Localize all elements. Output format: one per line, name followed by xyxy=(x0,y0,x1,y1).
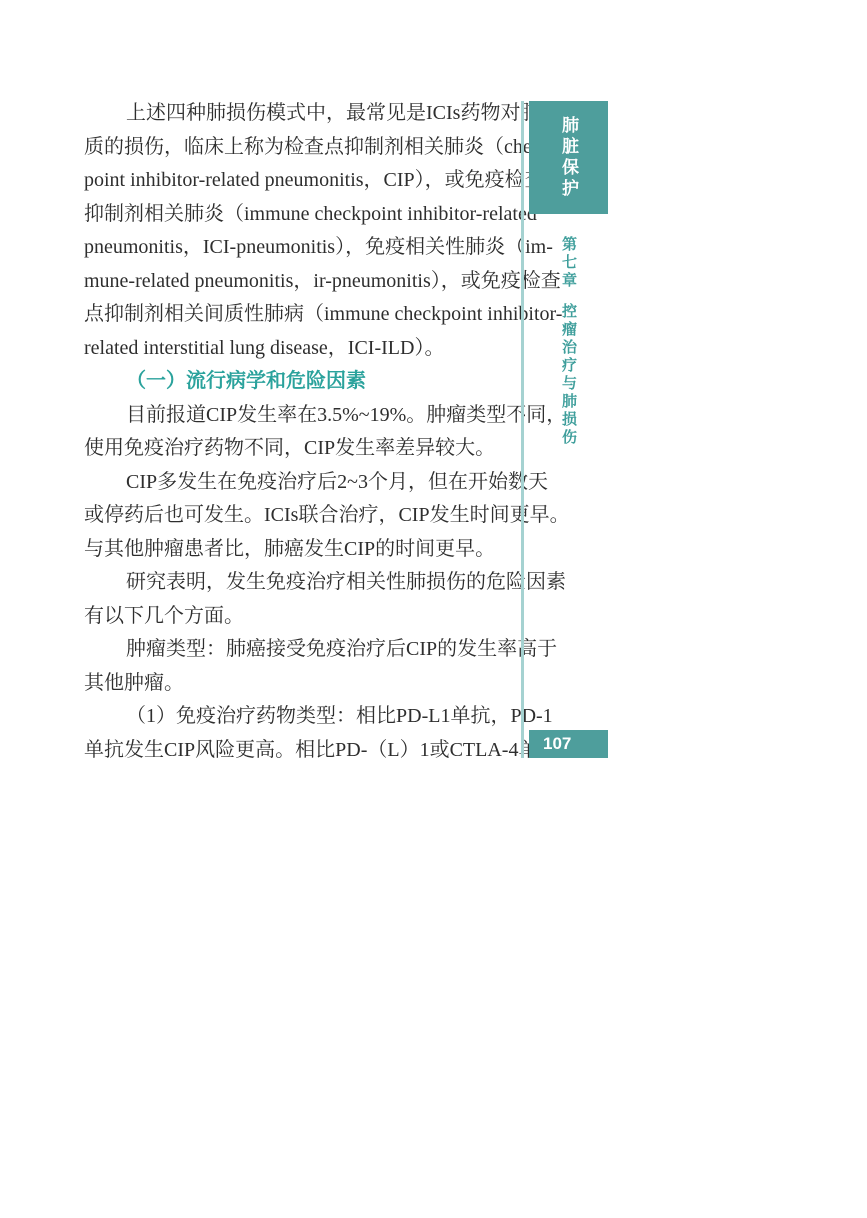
section-heading: （一）流行病学和危险因素 xyxy=(84,365,515,399)
text-line: 抑制剂相关肺炎（immune checkpoint inhibitor-rela… xyxy=(84,198,515,232)
paragraph-1: 上述四种肺损伤模式中，最常见是ICIs药物对肺间 质的损伤，临床上称为检查点抑制… xyxy=(84,97,515,365)
book-page: 上述四种肺损伤模式中，最常见是ICIs药物对肺间 质的损伤，临床上称为检查点抑制… xyxy=(0,0,867,1218)
paragraph-4: 研究表明，发生免疫治疗相关性肺损伤的危险因素 有以下几个方面。 xyxy=(84,566,515,633)
text-line: 点抑制剂相关间质性肺病（immune checkpoint inhibitor- xyxy=(84,298,515,332)
chapter-title-label: 控瘤治疗与肺损伤 xyxy=(558,303,579,447)
text-line: CIP多发生在免疫治疗后2~3个月，但在开始数天 xyxy=(84,466,515,500)
text-line: 质的损伤，临床上称为检查点抑制剂相关肺炎（check- xyxy=(84,131,515,165)
text-line: 其他肿瘤。 xyxy=(84,667,515,701)
text-line: point inhibitor-related pneumonitis，CIP）… xyxy=(84,164,515,198)
text-line: 肿瘤类型：肺癌接受免疫治疗后CIP的发生率高于 xyxy=(84,633,515,667)
text-line: 目前报道CIP发生率在3.5%~19%。肿瘤类型不同， xyxy=(84,399,515,433)
chapter-heading: 第七章 控瘤治疗与肺损伤 xyxy=(529,236,608,447)
paragraph-5: 肿瘤类型：肺癌接受免疫治疗后CIP的发生率高于 其他肿瘤。 xyxy=(84,633,515,700)
sidebar-rule xyxy=(521,101,524,758)
text-line: （1）免疫治疗药物类型：相比PD-L1单抗，PD-1 xyxy=(84,700,515,734)
text-line: mune-related pneumonitis，ir-pneumonitis）… xyxy=(84,265,515,299)
chapter-tab: 肺脏保护 xyxy=(529,101,608,214)
text-line: 单抗发生CIP风险更高。相比PD-（L）1或CTLA-4单 xyxy=(84,734,515,768)
text-line: 与其他肿瘤患者比，肺癌发生CIP的时间更早。 xyxy=(84,533,515,567)
chapter-tab-label: 肺脏保护 xyxy=(556,116,581,200)
text-line: 上述四种肺损伤模式中，最常见是ICIs药物对肺间 xyxy=(84,97,515,131)
text-line: 或停药后也可发生。ICIs联合治疗，CIP发生时间更早。 xyxy=(84,499,515,533)
text-line: related interstitial lung disease，ICI-IL… xyxy=(84,332,515,366)
text-line: pneumonitis，ICI-pneumonitis），免疫相关性肺炎（im- xyxy=(84,231,515,265)
paragraph-2: 目前报道CIP发生率在3.5%~19%。肿瘤类型不同， 使用免疫治疗药物不同，C… xyxy=(84,399,515,466)
page-number: 107 xyxy=(543,734,571,753)
page-number-badge: 107 xyxy=(529,730,608,758)
paragraph-6: （1）免疫治疗药物类型：相比PD-L1单抗，PD-1 单抗发生CIP风险更高。相… xyxy=(84,700,515,767)
text-line: 研究表明，发生免疫治疗相关性肺损伤的危险因素 xyxy=(84,566,515,600)
paragraph-3: CIP多发生在免疫治疗后2~3个月，但在开始数天 或停药后也可发生。ICIs联合… xyxy=(84,466,515,567)
text-line: 有以下几个方面。 xyxy=(84,600,515,634)
text-line: 使用免疫治疗药物不同，CIP发生率差异较大。 xyxy=(84,432,515,466)
chapter-number-label: 第七章 xyxy=(558,236,579,290)
text-column: 上述四种肺损伤模式中，最常见是ICIs药物对肺间 质的损伤，临床上称为检查点抑制… xyxy=(84,97,515,767)
